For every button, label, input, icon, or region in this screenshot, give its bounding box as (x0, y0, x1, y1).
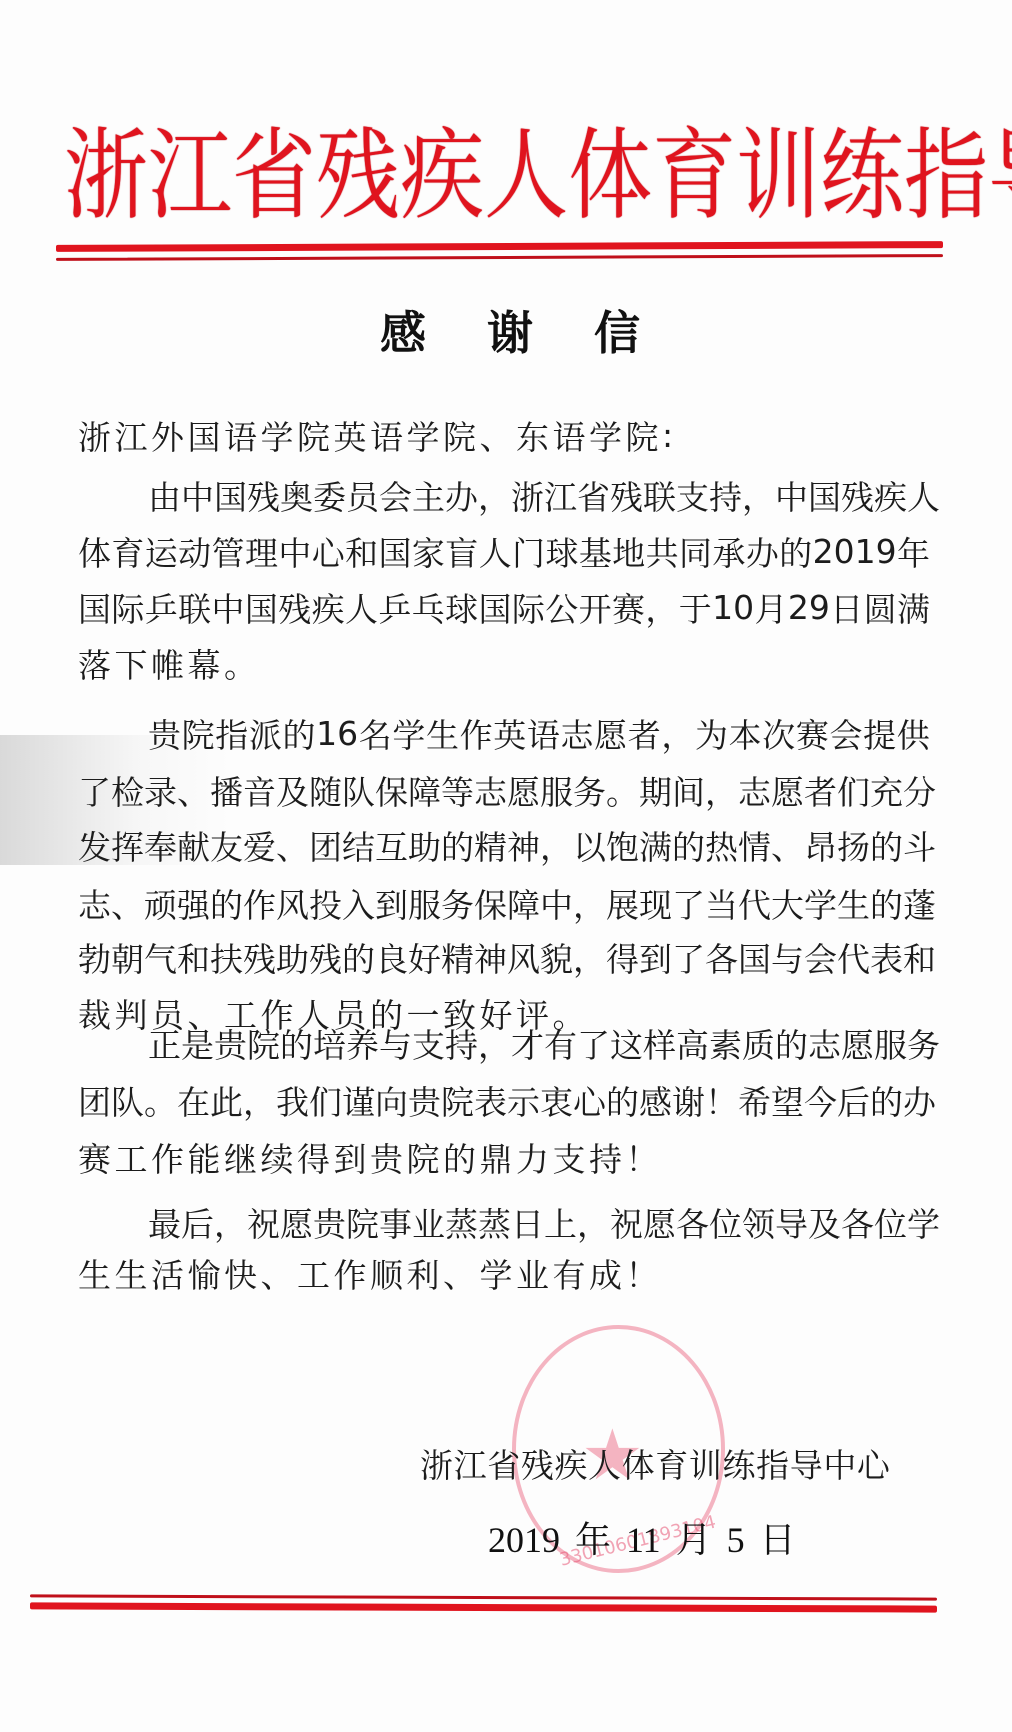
salutation: 浙江外国语学院英语学院、东语学院: (78, 412, 930, 458)
letterhead-title: 浙江省残疾人体育训练指导中心 (64, 102, 940, 232)
paragraph-1-line-1: 由中国残奥委员会主办，浙江省残联支持，中国残疾人 (148, 472, 930, 518)
signature-organization: 浙江省残疾人体育训练指导中心 (420, 1440, 890, 1486)
paragraph-2-line-5: 勃朝气和扶残助残的良好精神风貌，得到了各国与会代表和 (78, 934, 930, 980)
paragraph-2-line-4: 志、顽强的作风投入到服务保障中，展现了当代大学生的蓬 (78, 880, 930, 926)
paragraph-3-line-3: 赛工作能继续得到贵院的鼎力支持！ (78, 1134, 930, 1180)
paragraph-2-line-3: 发挥奉献友爱、团结互助的精神，以饱满的热情、昂扬的斗 (78, 822, 930, 868)
signature-date: 2019 年 11 月 5 日 (488, 1512, 796, 1562)
paragraph-2-line-2: 了检录、播音及随队保障等志愿服务。期间，志愿者们充分 (78, 767, 930, 813)
paragraph-1-line-3: 国际乒联中国残疾人乒乓球国际公开赛，于10月29日圆满 (78, 584, 930, 630)
footer-rule-thick (30, 1602, 937, 1612)
paragraph-1-line-4: 落下帷幕。 (78, 640, 930, 686)
paragraph-4-line-2: 生生活愉快、工作顺利、学业有成！ (78, 1250, 930, 1296)
footer-rule-thin (30, 1594, 937, 1600)
paragraph-4-line-1: 最后，祝愿贵院事业蒸蒸日上，祝愿各位领导及各位学 (148, 1199, 930, 1245)
letterhead-rule-thick (56, 241, 943, 252)
letterhead-rule-thin (56, 254, 943, 261)
paragraph-2-line-1: 贵院指派的16名学生作英语志愿者，为本次赛会提供 (148, 710, 930, 756)
paragraph-3-line-1: 正是贵院的培养与支持，才有了这样高素质的志愿服务 (148, 1020, 930, 1066)
letter-title: 感谢信 (380, 300, 640, 360)
paragraph-1-line-2: 体育运动管理中心和国家盲人门球基地共同承办的2019年 (78, 528, 930, 574)
paragraph-3-line-2: 团队。在此，我们谨向贵院表示衷心的感谢！希望今后的办 (78, 1077, 930, 1123)
